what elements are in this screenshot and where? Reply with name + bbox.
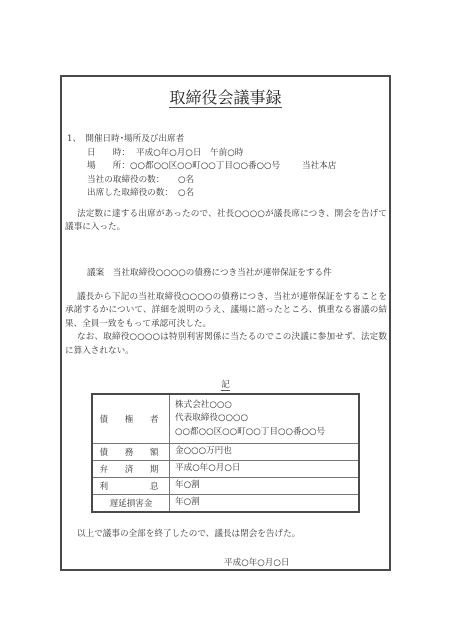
directors-present-label: 出席した取締役の数：: [87, 188, 173, 199]
agenda-title: 議案 当社取締役○○○○の債務につき当社が連帯保証をする件: [87, 268, 332, 279]
resolution-paragraph: 議長から下記の当社取締役○○○○の債務につき、当社が連帯保証をすることを承諾する…: [65, 291, 387, 331]
creditor-address: ○○都○○区○○町○○丁目○○番○○号: [175, 426, 353, 440]
directors-total-value: ○名: [178, 175, 194, 186]
document-title-wrap: 取締役会議事録: [62, 85, 389, 108]
opening-paragraph-wrap: 法定数に達する出席があったので、社長○○○○が議長席につき、開会を告げて議事に入…: [65, 208, 387, 235]
directors-present-value: ○名: [178, 188, 194, 199]
table-row: 弁 済 期 平成○年○月○日: [92, 461, 359, 478]
table-row: 利 息 年○割: [92, 478, 359, 495]
opening-paragraph: 法定数に達する出席があったので、社長○○○○が議長席につき、開会を告げて議事に入…: [65, 208, 387, 235]
detail-table: 債 権 者 株式会社○○○ 代表取締役○○○○ ○○都○○区○○町○○丁目○○番…: [91, 393, 360, 513]
table-label-debt-amount: 債 務 額: [92, 444, 170, 461]
closing-paragraph-wrap: 以上で議事の全部を終了したので、議長は閉会を告げた。: [65, 528, 387, 541]
table-row: 遅延損害金 年○割: [92, 495, 359, 513]
table-value-due-date: 平成○年○月○日: [170, 461, 360, 478]
place-note: 当社本店: [302, 161, 336, 172]
datetime-label: 日 時：: [87, 148, 130, 159]
datetime-value: 平成○年○月○日 午前○時: [136, 148, 243, 159]
ki-heading: 記: [221, 380, 230, 391]
document-title: 取締役会議事録: [169, 88, 281, 108]
table-row: 債 務 額 金○○○万円也: [92, 444, 359, 461]
table-value-creditor: 株式会社○○○ 代表取締役○○○○ ○○都○○区○○町○○丁目○○番○○号: [170, 394, 360, 444]
document-frame: 取締役会議事録 1、 開催日時･場所及び出席者 日 時： 平成○年○月○日 午前…: [60, 75, 391, 571]
ki-heading-wrap: 記: [62, 378, 389, 390]
directors-total-label: 当社の取締役の数：: [87, 175, 164, 186]
table-label-creditor: 債 権 者: [92, 394, 170, 444]
resolution-paragraphs: 議長から下記の当社取締役○○○○の債務につき、当社が連帯保証をすることを承諾する…: [65, 291, 387, 358]
table-label-late-damages: 遅延損害金: [92, 495, 170, 513]
place-label: 場 所：: [87, 161, 130, 172]
table-value-debt-amount: 金○○○万円也: [170, 444, 360, 461]
closing-paragraph: 以上で議事の全部を終了したので、議長は閉会を告げた。: [65, 528, 387, 541]
resolution-paragraph: なお、取締役○○○○は特別利害関係に当たるのでこの決議に参加せず、法定数に算入さ…: [65, 331, 387, 358]
table-value-late-damages: 年○割: [170, 495, 360, 513]
creditor-representative: 代表取締役○○○○: [175, 412, 353, 426]
table-row: 債 権 者 株式会社○○○ 代表取締役○○○○ ○○都○○区○○町○○丁目○○番…: [92, 394, 359, 444]
table-label-due-date: 弁 済 期: [92, 461, 170, 478]
creditor-company: 株式会社○○○: [175, 399, 353, 413]
closing-date: 平成○年○月○日: [224, 558, 289, 569]
section1-heading: 1、 開催日時･場所及び出席者: [67, 134, 184, 145]
table-label-interest: 利 息: [92, 478, 170, 495]
table-value-interest: 年○割: [170, 478, 360, 495]
place-value: ○○都○○区○○町○○丁目○○番○○号: [130, 161, 280, 172]
